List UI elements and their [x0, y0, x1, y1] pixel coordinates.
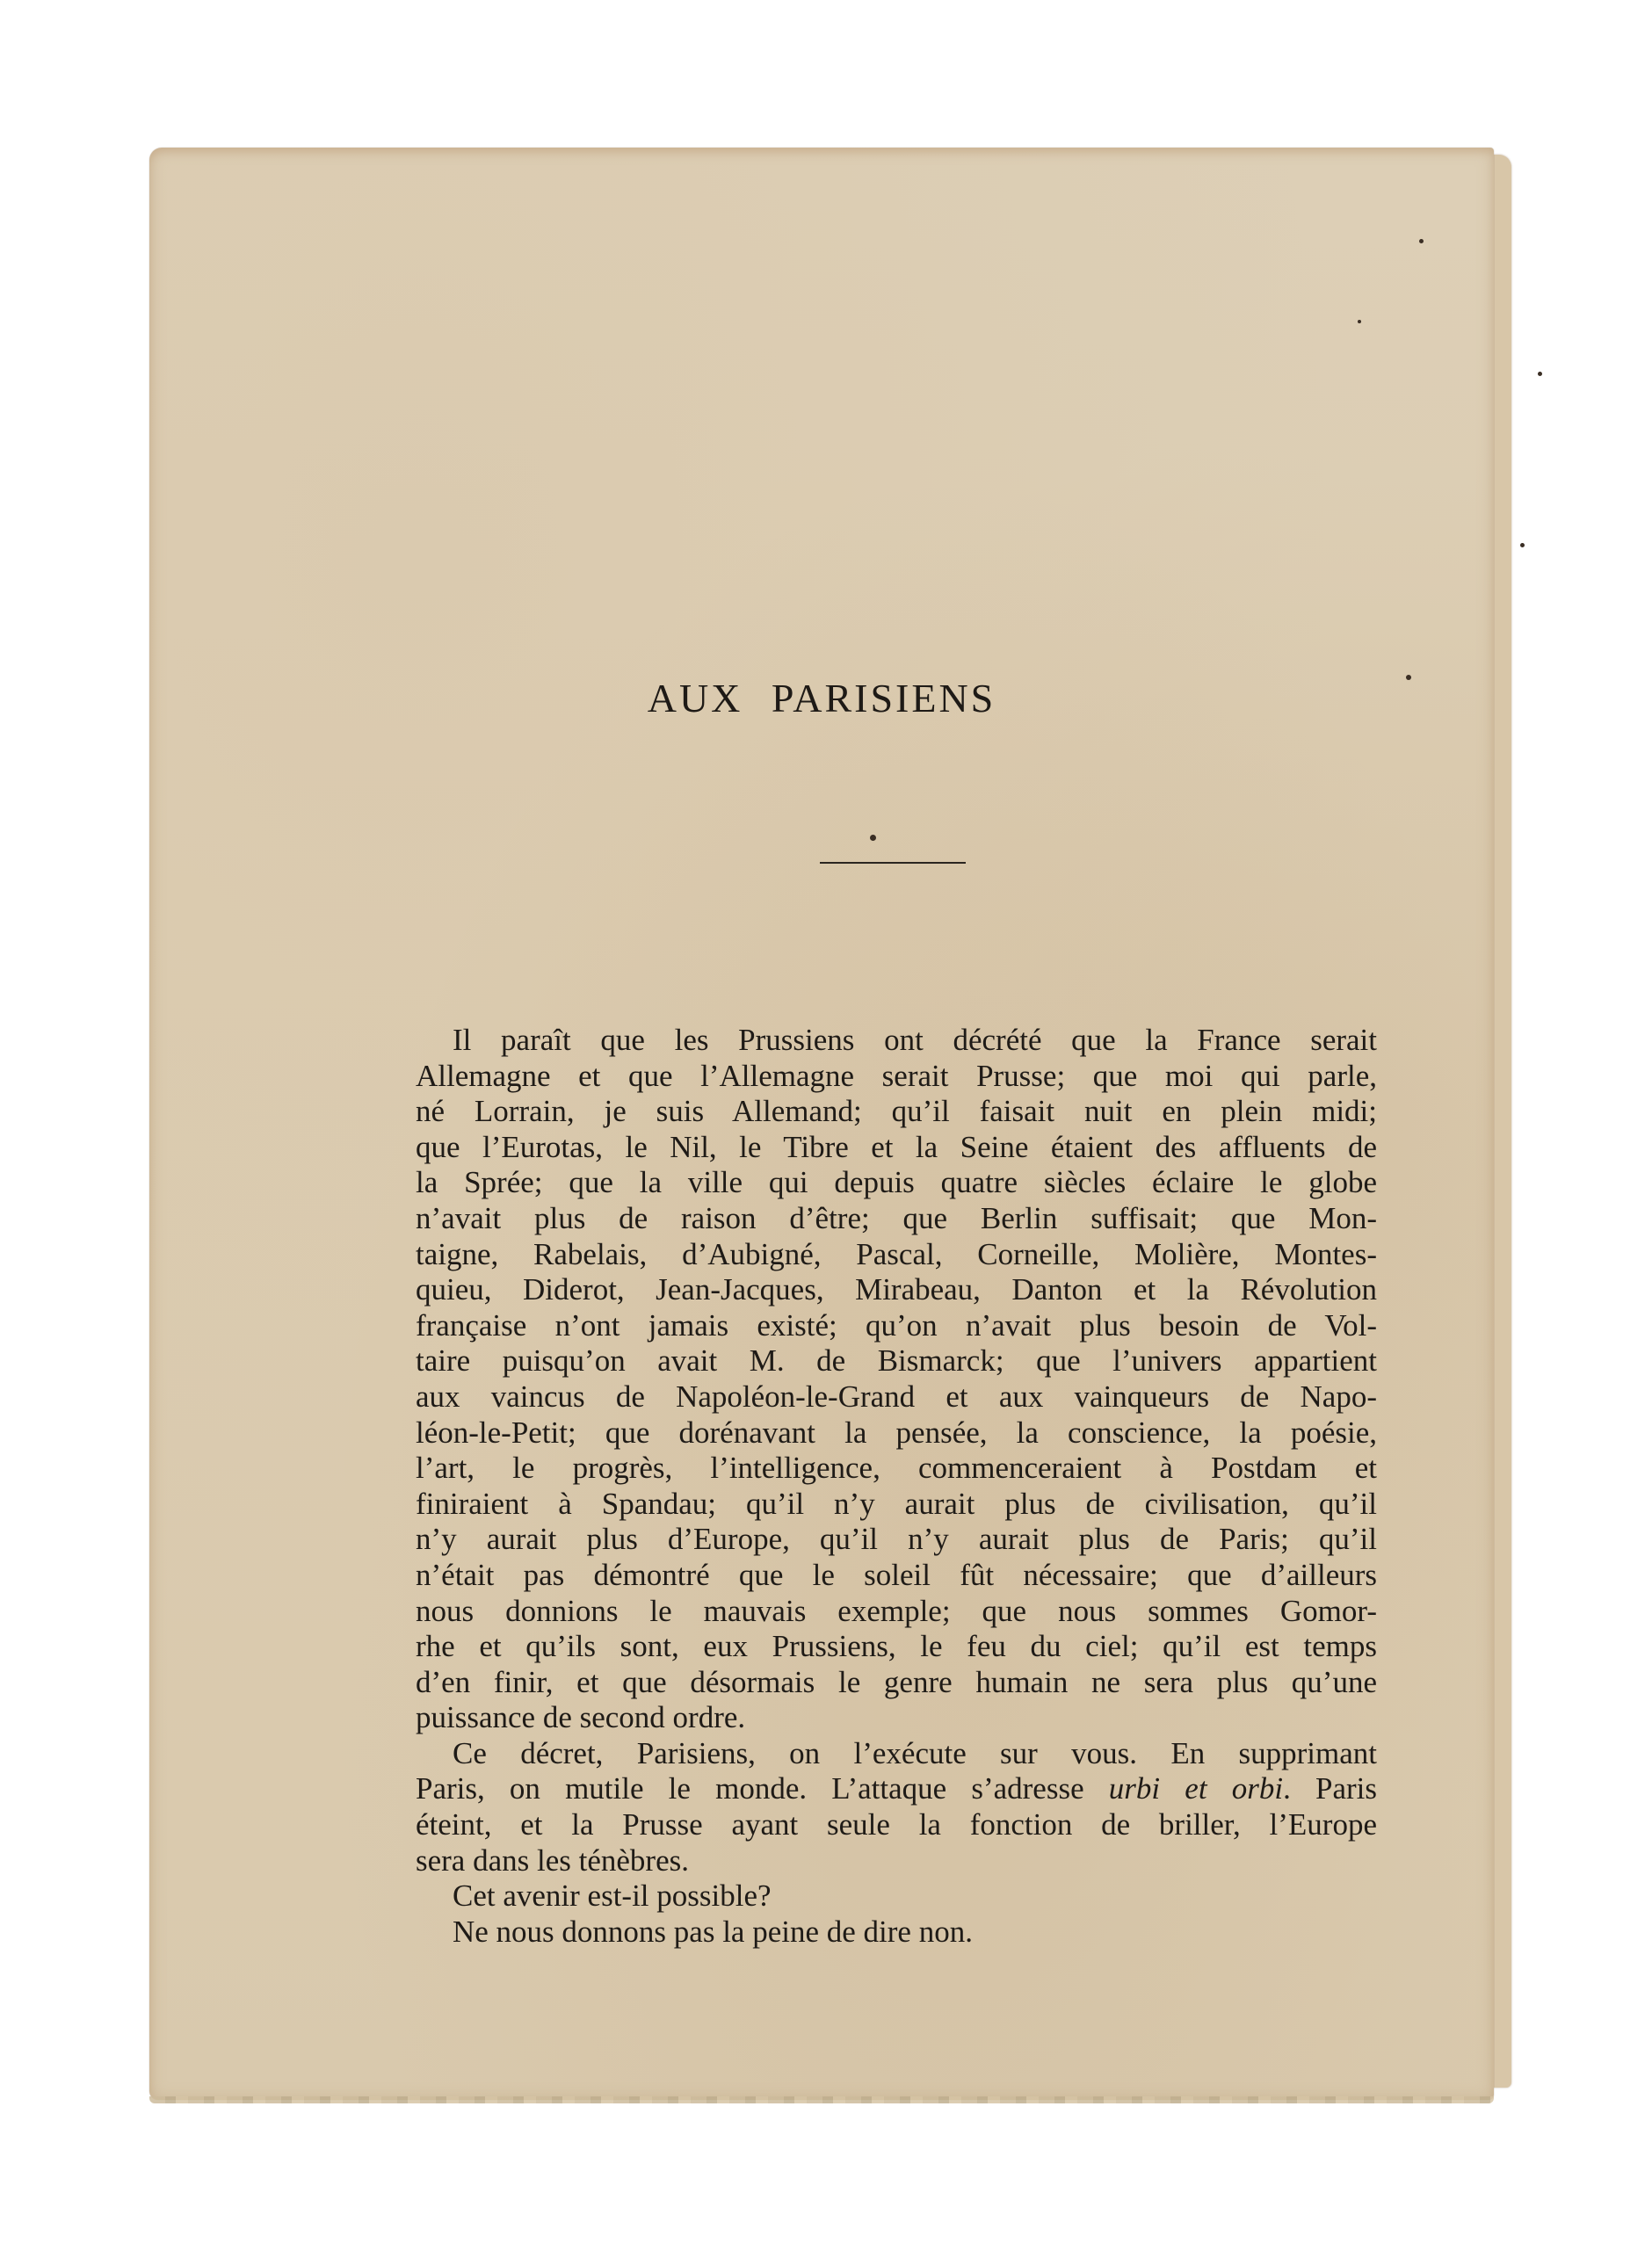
paper-page: AUX PARISIENS Il paraît que les Prussien…: [149, 148, 1494, 2100]
paper-speck: [1358, 320, 1361, 323]
text-line: Ne nous donnons pas la peine de dire non…: [416, 1915, 1377, 1951]
latin-phrase: urbi et orbi: [1109, 1771, 1283, 1806]
paper-speck: [1406, 675, 1411, 680]
text-line: aux vaincus de Napoléon-le-Grand et aux …: [416, 1379, 1377, 1415]
text-line: taigne, Rabelais, d’Aubigné, Pascal, Cor…: [416, 1237, 1377, 1273]
text-line: sera dans les ténèbres.: [416, 1843, 1377, 1879]
text-line: Cet avenir est-il possible?: [416, 1878, 1377, 1915]
text-line: éteint, et la Prusse ayant seule la fonc…: [416, 1807, 1377, 1843]
text-line: léon-le-Petit; que dorénavant la pensée,…: [416, 1415, 1377, 1451]
text-line: Ce décret, Parisiens, on l’exécute sur v…: [416, 1736, 1377, 1772]
text-line: d’en finir, et que désormais le genre hu…: [416, 1665, 1377, 1701]
title-text: AUX PARISIENS: [648, 675, 996, 721]
body-text: Il paraît que les Prussiens ont décrété …: [416, 1023, 1377, 1950]
text-line: Paris, on mutile le monde. L’attaque s’a…: [416, 1771, 1377, 1807]
text-line: l’art, le progrès, l’intelligence, comme…: [416, 1451, 1377, 1487]
text-line: finiraient à Spandau; qu’il n’y aurait p…: [416, 1487, 1377, 1523]
text-line: que l’Eurotas, le Nil, le Tibre et la Se…: [416, 1130, 1377, 1166]
paper-speck: [870, 835, 876, 841]
text-line-mixed: Paris, on mutile le monde. L’attaque s’a…: [416, 1771, 1377, 1807]
text-line: né Lorrain, je suis Allemand; qu’il fais…: [416, 1094, 1377, 1130]
text-line: puissance de second ordre.: [416, 1700, 1377, 1736]
text-line: taire puisqu’on avait M. de Bismarck; qu…: [416, 1343, 1377, 1379]
text-line: n’y aurait plus d’Europe, qu’il n’y aura…: [416, 1522, 1377, 1558]
text-line: Allemagne et que l’Allemagne serait Prus…: [416, 1059, 1377, 1095]
paper-speck: [1419, 239, 1424, 243]
text-line: quieu, Diderot, Jean-Jacques, Mirabeau, …: [416, 1272, 1377, 1308]
text-line: nous donnions le mauvais exemple; que no…: [416, 1594, 1377, 1630]
page-title: AUX PARISIENS: [149, 675, 1494, 721]
text-line: Il paraît que les Prussiens ont décrété …: [416, 1023, 1377, 1059]
paper-speck: [1538, 372, 1542, 376]
text-line: rhe et qu’ils sont, eux Prussiens, le fe…: [416, 1629, 1377, 1665]
text-line: la Sprée; que la ville qui depuis quatre…: [416, 1165, 1377, 1201]
text-line: n’était pas démontré que le soleil fût n…: [416, 1558, 1377, 1594]
paper-speck: [1520, 543, 1525, 547]
text-line: n’avait plus de raison d’être; que Berli…: [416, 1201, 1377, 1237]
title-rule-divider: [820, 862, 966, 864]
text-line: française n’ont jamais existé; qu’on n’a…: [416, 1308, 1377, 1344]
